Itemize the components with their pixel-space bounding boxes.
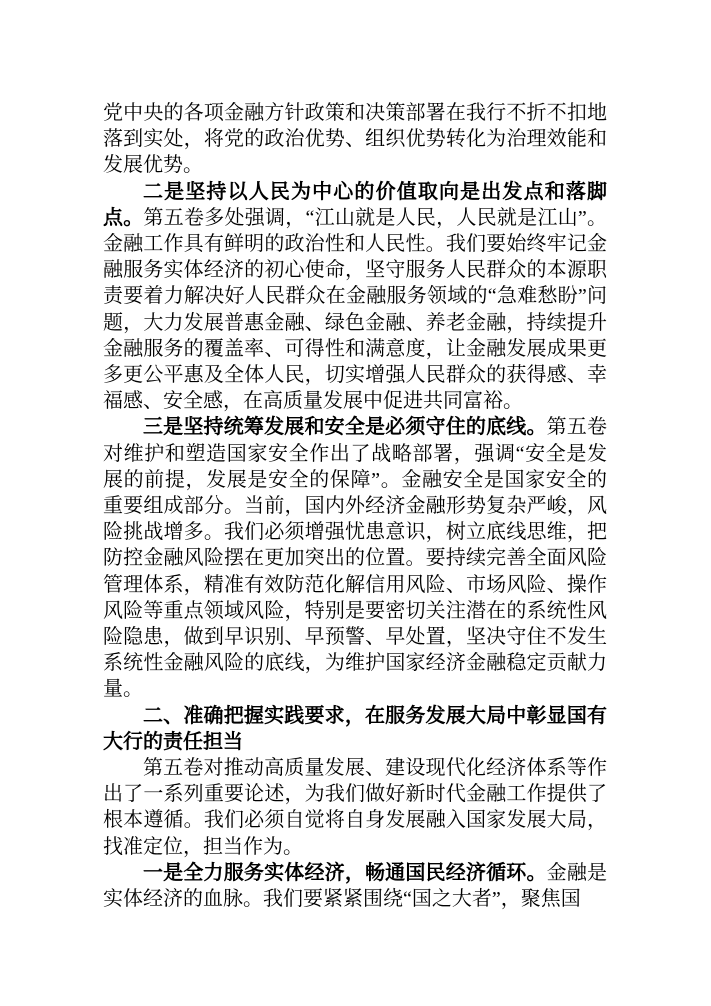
- paragraph: 第五卷对推动高质量发展、建设现代化经济体系等作出了一系列重要论述，为我们做好新时…: [103, 755, 607, 860]
- paragraph: 党中央的各项金融方针政策和决策部署在我行不折不扣地落到实处，将党的政治优势、组织…: [103, 100, 607, 179]
- document-page: 党中央的各项金融方针政策和决策部署在我行不折不扣地落到实处，将党的政治优势、组织…: [0, 0, 711, 1006]
- paragraph: 二、准确把握实践要求，在服务发展大局中彰显国有大行的责任担当: [103, 703, 607, 755]
- text-run: 党中央的各项金融方针政策和决策部署在我行不折不扣地落到实处，将党的政治优势、组织…: [103, 102, 607, 176]
- paragraph: 二是坚持以人民为中心的价值取向是出发点和落脚点。第五卷多处强调，“江山就是人民，…: [103, 179, 607, 415]
- paragraph: 一是全力服务实体经济，畅通国民经济循环。金融是实体经济的血脉。我们要紧紧围绕“国…: [103, 860, 607, 912]
- text-run: 第五卷多处强调，“江山就是人民，人民就是江山”。金融工作具有鲜明的政治性和人民性…: [103, 207, 607, 412]
- text-run: 第五卷对维护和塑造国家安全作出了战略部署，强调“安全是发展的前提，发展是安全的保…: [103, 416, 607, 700]
- paragraph: 三是坚持统筹发展和安全是必须守住的底线。第五卷对维护和塑造国家安全作出了战略部署…: [103, 414, 607, 702]
- bold-text-run: 一是全力服务实体经济，畅通国民经济循环。: [143, 862, 547, 884]
- text-run: 第五卷对推动高质量发展、建设现代化经济体系等作出了一系列重要论述，为我们做好新时…: [103, 757, 607, 858]
- document-body: 党中央的各项金融方针政策和决策部署在我行不折不扣地落到实处，将党的政治优势、组织…: [103, 100, 607, 912]
- bold-text-run: 三是坚持统筹发展和安全是必须守住的底线。: [143, 416, 547, 438]
- bold-text-run: 二、准确把握实践要求，在服务发展大局中彰显国有大行的责任担当: [103, 705, 607, 753]
